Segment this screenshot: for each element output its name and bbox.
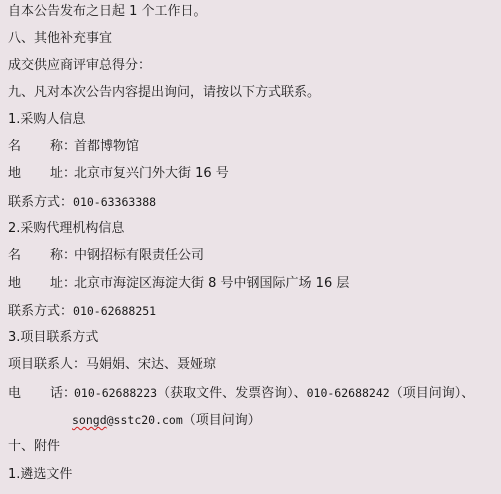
contact-label: 联系方式： xyxy=(8,195,73,210)
agency-name: 中钢招标有限责任公司 xyxy=(74,248,204,263)
address-label: 地址： xyxy=(8,275,74,293)
score-text: 成交供应商评审总得分： xyxy=(8,57,151,75)
section-9-heading: 九、凡对本次公告内容提出询问，请按以下方式联系。 xyxy=(8,84,320,102)
agency-address-row: 地址：北京市海淀区海淀大街 8 号中钢国际广场 16 层 xyxy=(8,275,349,293)
attachment-item: 1.遴选文件 xyxy=(8,466,72,484)
project-email-row: songd@sstc20.com（项目问询） xyxy=(72,411,261,429)
project-phone-row: 电话：010-62688223（获取文件、发票咨询）、010-62688242（… xyxy=(8,384,474,402)
phone-2-note: （项目问询）、 xyxy=(390,386,475,401)
agency-address: 北京市海淀区海淀大街 8 号中钢国际广场 16 层 xyxy=(74,276,349,291)
project-persons-row: 项目联系人：马娟娟、宋达、聂娅琼 xyxy=(8,356,216,374)
persons-value: 马娟娟、宋达、聂娅琼 xyxy=(86,357,216,372)
persons-label: 项目联系人： xyxy=(8,357,86,372)
agency-phone: 010-62688251 xyxy=(73,304,156,318)
purchaser-address: 北京市复兴门外大街 16 号 xyxy=(74,166,229,181)
project-contact-heading: 3.项目联系方式 xyxy=(8,329,98,347)
name-label: 名称： xyxy=(8,138,74,156)
purchaser-contact-row: 联系方式：010-63363388 xyxy=(8,193,156,211)
purchaser-name-row: 名称：首都博物馆 xyxy=(8,138,139,156)
deadline-text: 自本公告发布之日起 1 个工作日。 xyxy=(8,3,207,21)
project-phone-2: 010-62688242 xyxy=(307,386,390,400)
agency-heading: 2.采购代理机构信息 xyxy=(8,220,124,238)
section-10-heading: 十、附件 xyxy=(8,438,60,456)
agency-contact-row: 联系方式：010-62688251 xyxy=(8,302,156,320)
name-label: 名称： xyxy=(8,247,74,265)
email-user: songd xyxy=(72,413,107,427)
project-phone-1: 010-62688223 xyxy=(74,386,157,400)
purchaser-address-row: 地址：北京市复兴门外大街 16 号 xyxy=(8,165,229,183)
section-8-heading: 八、其他补充事宜 xyxy=(8,30,112,48)
phone-label: 电话： xyxy=(8,385,74,403)
agency-name-row: 名称：中钢招标有限责任公司 xyxy=(8,247,204,265)
purchaser-name: 首都博物馆 xyxy=(74,139,139,154)
purchaser-heading: 1.采购人信息 xyxy=(8,111,85,129)
purchaser-phone: 010-63363388 xyxy=(73,195,156,209)
phone-1-note: （获取文件、发票咨询）、 xyxy=(157,386,307,401)
email-domain: @sstc20.com xyxy=(107,413,183,427)
contact-label: 联系方式： xyxy=(8,304,73,319)
address-label: 地址： xyxy=(8,165,74,183)
announcement-document: 自本公告发布之日起 1 个工作日。 八、其他补充事宜 成交供应商评审总得分： 九… xyxy=(0,0,501,494)
email-note: （项目问询） xyxy=(183,413,261,428)
